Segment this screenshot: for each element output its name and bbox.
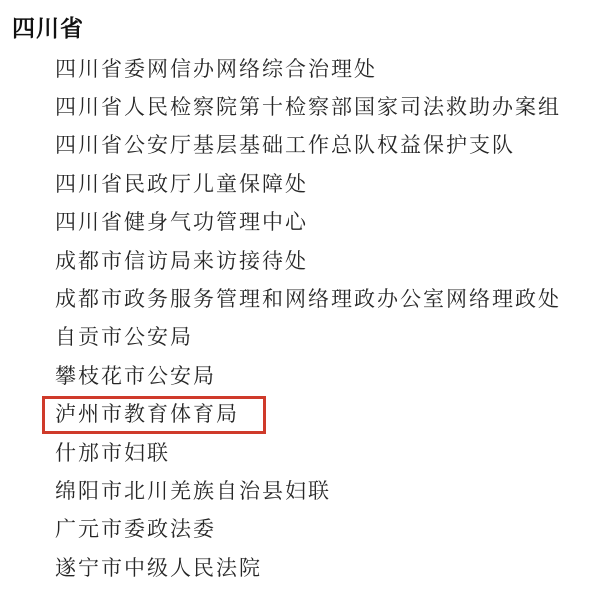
list-item-label: 四川省委网信办网络综合治理处 bbox=[55, 59, 377, 80]
list-item: 四川省健身气功管理中心 bbox=[55, 204, 601, 242]
highlighted-item-red-box: 泸州市教育体育局 bbox=[42, 396, 266, 434]
list-item-label: 成都市信访局来访接待处 bbox=[55, 251, 308, 272]
list-item: 广元市委政法委 bbox=[55, 511, 601, 549]
list-item: 四川省公安厅基层基础工作总队权益保护支队 bbox=[55, 127, 601, 165]
list-item: 四川省委网信办网络综合治理处 bbox=[55, 50, 601, 88]
list-item: 四川省人民检察院第十检察部国家司法救助办案组 bbox=[55, 88, 601, 126]
list-item-label: 四川省公安厅基层基础工作总队权益保护支队 bbox=[55, 135, 515, 156]
list-item: 攀枝花市公安局 bbox=[55, 357, 601, 395]
list-item: 成都市信访局来访接待处 bbox=[55, 242, 601, 280]
list-item: 遂宁市中级人民法院 bbox=[55, 549, 601, 587]
list-item-label: 攀枝花市公安局 bbox=[55, 366, 216, 387]
list-item-label: 绵阳市北川羌族自治县妇联 bbox=[55, 481, 331, 502]
list-item-label: 什邡市妇联 bbox=[55, 443, 170, 464]
list-item: 什邡市妇联 bbox=[55, 434, 601, 472]
list-item-label: 自贡市公安局 bbox=[55, 327, 193, 348]
list-item-label: 广元市委政法委 bbox=[55, 519, 216, 540]
list-item-label: 四川省民政厅儿童保障处 bbox=[55, 174, 308, 195]
list-item-label: 遂宁市中级人民法院 bbox=[55, 558, 262, 579]
organization-list: 四川省委网信办网络综合治理处 四川省人民检察院第十检察部国家司法救助办案组 四川… bbox=[55, 50, 601, 587]
document-page: 四川省 四川省委网信办网络综合治理处 四川省人民检察院第十检察部国家司法救助办案… bbox=[0, 0, 611, 598]
list-item: 绵阳市北川羌族自治县妇联 bbox=[55, 472, 601, 510]
list-item-highlighted: 泸州市教育体育局 bbox=[55, 396, 601, 434]
province-heading: 四川省 bbox=[12, 10, 84, 43]
list-item: 四川省民政厅儿童保障处 bbox=[55, 165, 601, 203]
list-item-label: 成都市政务服务管理和网络理政办公室网络理政处 bbox=[55, 289, 561, 310]
list-item-label: 四川省人民检察院第十检察部国家司法救助办案组 bbox=[55, 97, 561, 118]
list-item: 自贡市公安局 bbox=[55, 319, 601, 357]
list-item-label: 四川省健身气功管理中心 bbox=[55, 212, 308, 233]
list-item: 成都市政务服务管理和网络理政办公室网络理政处 bbox=[55, 280, 601, 318]
